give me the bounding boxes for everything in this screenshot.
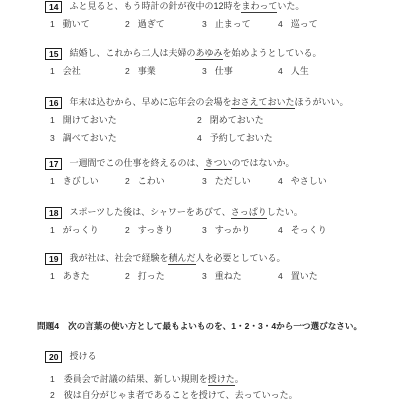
stem-post: したい。 [267, 207, 303, 217]
option-item: 4置いた [278, 270, 400, 283]
option-number: 2 [125, 224, 130, 237]
sentence-underline: 授けて [199, 390, 226, 400]
option-item: 2打った [125, 270, 202, 283]
option-text: 仕事 [215, 65, 233, 78]
option-number: 1 [50, 114, 55, 127]
option-item: 1きびしい [50, 175, 125, 188]
options-row: 1会社 2事業 3仕事 4人生 [50, 65, 400, 78]
stem-underline: おさえておいた [231, 97, 294, 109]
option-number: 3 [202, 175, 207, 188]
option-item: 4そっくり [278, 224, 400, 237]
stem-pre: 一週間でこの仕事を終えるのは、 [69, 158, 204, 168]
option-item: 1がっくり [50, 224, 125, 237]
option-number: 4 [197, 132, 202, 145]
option-text: 予約しておいた [210, 132, 273, 145]
option-text: やさしい [291, 175, 327, 188]
option-text: すっかり [215, 224, 250, 237]
stem-post: のではないか。 [232, 158, 295, 168]
question-block-16: 16 年末は込むから、早めに忘年会の会場をおさえておいたほうがいい。 1開けてお… [0, 96, 400, 145]
option-item: 2すっきり [125, 224, 202, 237]
option-item: 4予約しておいた [197, 132, 400, 145]
option-number: 3 [202, 65, 207, 78]
option-text: そっくり [291, 224, 327, 237]
question-number-box: 16 [45, 97, 62, 109]
option-text: すっきり [138, 224, 173, 237]
option-number: 4 [278, 18, 283, 31]
option-item: 2こわい [125, 175, 202, 188]
options-row: 1がっくり 2すっきり 3すっかり 4そっくり [50, 224, 400, 237]
option-number: 3 [50, 132, 55, 145]
sentence-pre: 彼は自分がじゃま者であることを [64, 390, 199, 400]
option-item: 2事業 [125, 65, 202, 78]
stem-pre: スポーツした後は、シャワーをあびて、 [69, 207, 230, 217]
options-row: 1きびしい 2こわい 3ただしい 4やさしい [50, 175, 400, 188]
section-header-block: 問題4 次の言葉の使い方として最もよいものを、1・2・3・4から一つ選びなさい。 [0, 320, 400, 333]
option-text: 開けておいた [63, 114, 117, 127]
option-text: 会社 [63, 65, 81, 78]
section-label: 問題4 [37, 320, 59, 333]
stem-pre: 結婚し、これから二人は夫婦の [69, 48, 195, 58]
stem-underline: きつい [204, 158, 231, 170]
stem-underline: あゆみ [195, 48, 222, 60]
stem-post: を始めようとしている。 [223, 48, 322, 58]
option-number: 4 [278, 175, 283, 188]
option-text: 閉めておいた [210, 114, 264, 127]
option-number: 1 [50, 65, 55, 78]
question-block-14: 14 ふと見ると、もう時計の針が夜中の12時をまわっていた。 1動いて 2過ぎて… [0, 0, 400, 31]
option-item: 3ただしい [202, 175, 278, 188]
options-grid: 1開けておいた 2閉めておいた 3調べておいた 4予約しておいた [50, 114, 400, 145]
question-block-18: 18 スポーツした後は、シャワーをあびて、さっぱりしたい。 1がっくり 2すっき… [0, 206, 400, 237]
option-text: あきた [63, 270, 90, 283]
question-line: 14 ふと見ると、もう時計の針が夜中の12時をまわっていた。 [45, 0, 400, 13]
sentence-text: 委員会で討議の結果、新しい規則を授けた。 [64, 373, 244, 386]
option-item: 2閉めておいた [197, 114, 400, 127]
option-text: 打った [138, 270, 165, 283]
option-number: 4 [278, 65, 283, 78]
question-number-box: 20 [45, 351, 62, 363]
question-stem: 結婚し、これから二人は夫婦のあゆみを始めようとしている。 [69, 47, 321, 60]
option-number: 1 [50, 373, 55, 386]
option-number: 1 [50, 18, 55, 31]
option-text: がっくり [63, 224, 99, 237]
question-block-19: 19 我が社は、社会で経験を積んだ人を必要としている。 1あきた 2打った 3重… [0, 252, 400, 283]
question-stem: 一週間でこの仕事を終えるのは、きついのではないか。 [69, 157, 294, 170]
stem-post: ほうがいい。 [295, 97, 349, 107]
option-text: 過ぎて [138, 18, 165, 31]
option-text: きびしい [63, 175, 99, 188]
option-number: 1 [50, 224, 55, 237]
question-block-20: 20 授ける 1 委員会で討議の結果、新しい規則を授けた。 2 彼は自分がじゃま… [0, 350, 400, 400]
question-line: 16 年末は込むから、早めに忘年会の会場をおさえておいたほうがいい。 [45, 96, 400, 109]
option-item: 1会社 [50, 65, 125, 78]
question-line: 20 授ける [45, 350, 400, 363]
section-instruction: 次の言葉の使い方として最もよいものを、1・2・3・4から一つ選びなさい。 [68, 320, 362, 333]
usage-word: 授ける [69, 350, 96, 363]
question-number-box: 19 [45, 253, 62, 265]
test-page: 14 ふと見ると、もう時計の針が夜中の12時をまわっていた。 1動いて 2過ぎて… [0, 0, 400, 400]
option-text: 重ねた [215, 270, 242, 283]
option-text: 人生 [291, 65, 309, 78]
option-number: 2 [125, 65, 130, 78]
option-item: 1開けておいた [50, 114, 197, 127]
option-text: 巡って [291, 18, 318, 31]
option-item: 1動いて [50, 18, 125, 31]
question-number-box: 18 [45, 207, 62, 219]
question-number-box: 17 [45, 158, 62, 170]
stem-post: 人を必要としている。 [196, 253, 286, 263]
stem-pre: 我が社は、社会で経験を [69, 253, 168, 263]
stem-underline: さっぱり [231, 207, 267, 219]
question-number-box: 14 [45, 1, 62, 13]
option-number: 4 [278, 270, 283, 283]
options-row: 1あきた 2打った 3重ねた 4置いた [50, 270, 400, 283]
option-number: 3 [202, 224, 207, 237]
stem-pre: 年末は込むから、早めに忘年会の会場を [69, 97, 231, 107]
option-number: 3 [202, 270, 207, 283]
question-stem: 年末は込むから、早めに忘年会の会場をおさえておいたほうがいい。 [69, 96, 348, 109]
stem-post: いた。 [277, 1, 304, 11]
option-text: 動いて [63, 18, 90, 31]
question-line: 18 スポーツした後は、シャワーをあびて、さっぱりしたい。 [45, 206, 400, 219]
option-number: 2 [125, 18, 130, 31]
question-block-17: 17 一週間でこの仕事を終えるのは、きついのではないか。 1きびしい 2こわい … [0, 157, 400, 188]
option-number: 1 [50, 270, 55, 283]
question-line: 17 一週間でこの仕事を終えるのは、きついのではないか。 [45, 157, 400, 170]
option-text: 事業 [138, 65, 156, 78]
option-number: 3 [202, 18, 207, 31]
usage-sentence: 2 彼は自分がじゃま者であることを授けて、去っていった。 [50, 389, 400, 400]
sentence-post: 、去っていった。 [226, 390, 298, 400]
option-item: 2過ぎて [125, 18, 202, 31]
question-line: 15 結婚し、これから二人は夫婦のあゆみを始めようとしている。 [45, 47, 400, 60]
question-stem: スポーツした後は、シャワーをあびて、さっぱりしたい。 [69, 206, 302, 219]
option-item: 3重ねた [202, 270, 278, 283]
option-number: 2 [197, 114, 202, 127]
stem-underline: まわって [241, 1, 277, 13]
options-row: 1動いて 2過ぎて 3止まって 4巡って [50, 18, 400, 31]
question-stem: ふと見ると、もう時計の針が夜中の12時をまわっていた。 [69, 0, 304, 13]
option-number: 1 [50, 175, 55, 188]
option-text: こわい [138, 175, 165, 188]
sentence-post: 。 [235, 374, 244, 384]
option-number: 2 [125, 270, 130, 283]
option-text: 調べておいた [63, 132, 117, 145]
sentence-underline: 授けた [208, 374, 235, 386]
option-item: 4やさしい [278, 175, 400, 188]
option-item: 3調べておいた [50, 132, 197, 145]
stem-pre: ふと見ると、もう時計の針が夜中の12時を [69, 1, 241, 11]
option-item: 1あきた [50, 270, 125, 283]
option-text: 止まって [215, 18, 251, 31]
option-item: 3止まって [202, 18, 278, 31]
stem-underline: 積んだ [168, 253, 195, 265]
question-stem: 我が社は、社会で経験を積んだ人を必要としている。 [69, 252, 285, 265]
question-number-box: 15 [45, 48, 62, 60]
question-line: 19 我が社は、社会で経験を積んだ人を必要としている。 [45, 252, 400, 265]
section-header: 問題4 次の言葉の使い方として最もよいものを、1・2・3・4から一つ選びなさい。 [37, 320, 400, 333]
option-number: 2 [125, 175, 130, 188]
option-number: 2 [50, 389, 55, 400]
option-text: ただしい [215, 175, 251, 188]
option-item: 3仕事 [202, 65, 278, 78]
option-text: 置いた [291, 270, 318, 283]
option-number: 4 [278, 224, 283, 237]
option-item: 4巡って [278, 18, 400, 31]
option-item: 4人生 [278, 65, 400, 78]
sentence-text: 彼は自分がじゃま者であることを授けて、去っていった。 [64, 389, 298, 400]
sentence-pre: 委員会で討議の結果、新しい規則を [64, 374, 208, 384]
usage-sentence: 1 委員会で討議の結果、新しい規則を授けた。 [50, 373, 400, 386]
question-block-15: 15 結婚し、これから二人は夫婦のあゆみを始めようとしている。 1会社 2事業 … [0, 47, 400, 78]
option-item: 3すっかり [202, 224, 278, 237]
